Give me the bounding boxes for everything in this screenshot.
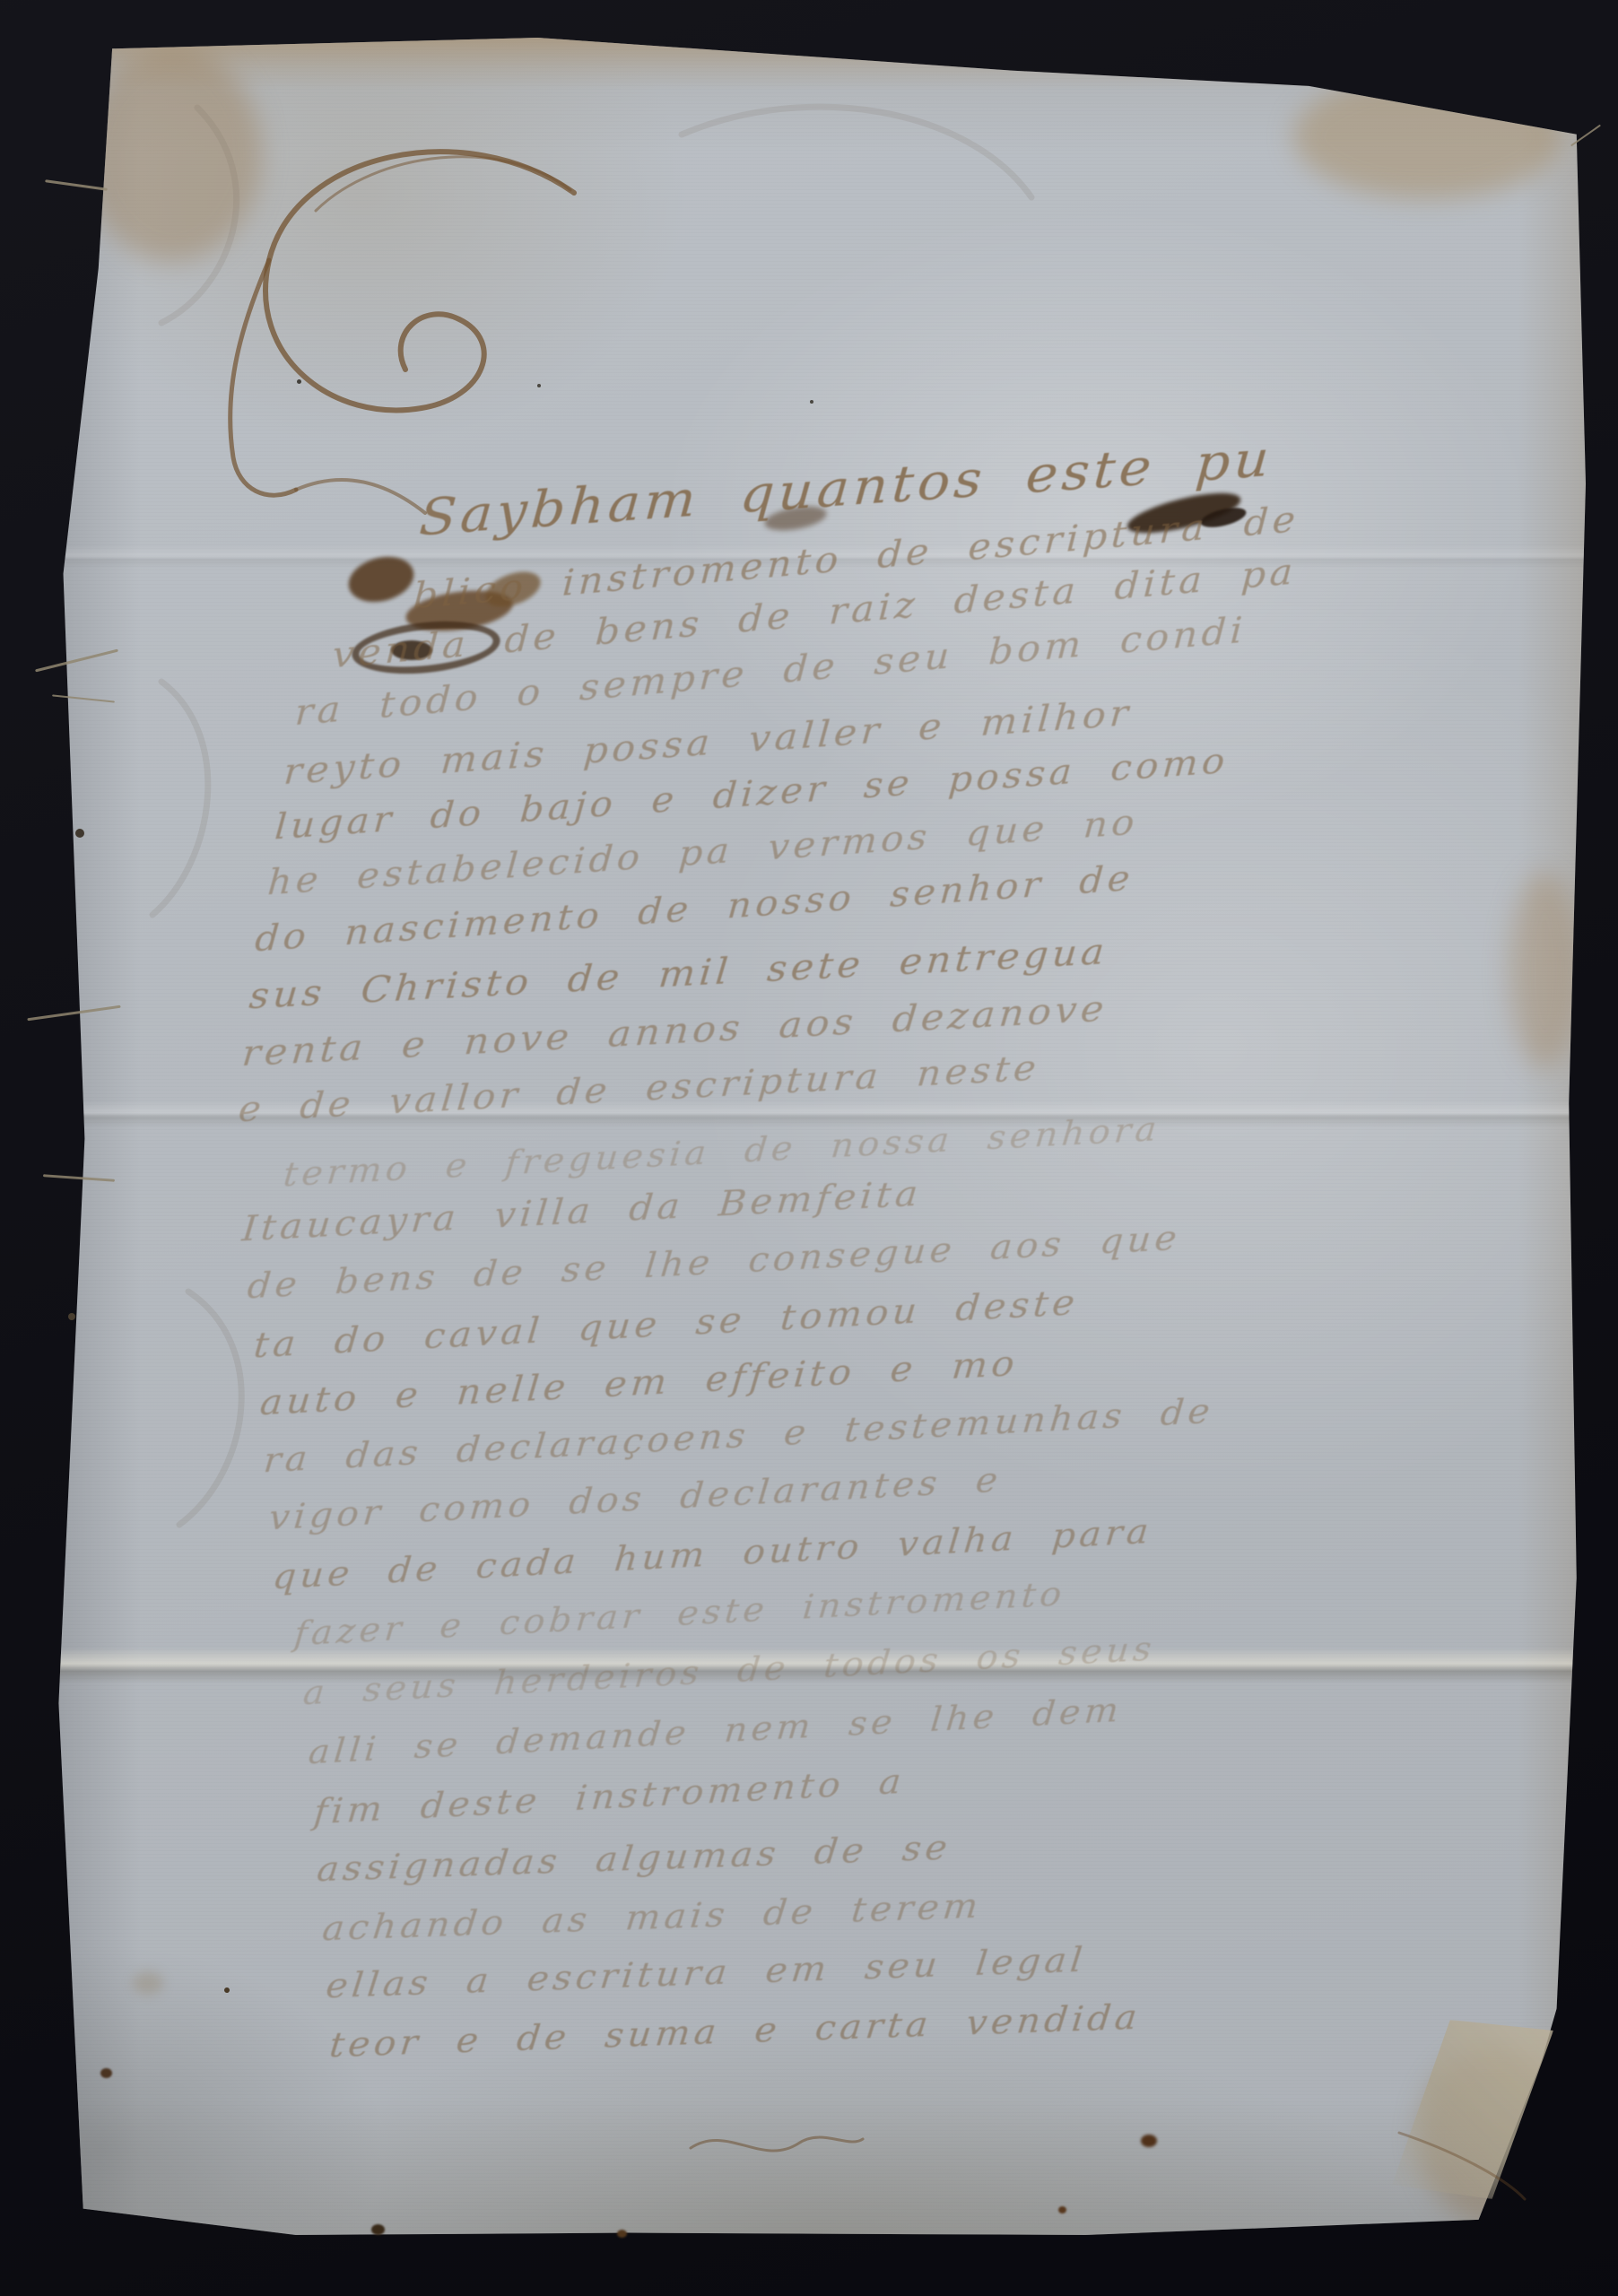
top-right-corner-stain: [1293, 74, 1562, 199]
ink-speck: [537, 384, 541, 387]
top-edge-stain: [101, 38, 1586, 90]
stain-spot: [100, 2068, 112, 2078]
stain-spot: [1058, 2206, 1066, 2213]
photo-stage: Saybham quantos este publico instromento…: [0, 0, 1618, 2296]
ink-speck: [297, 379, 301, 384]
binding-thread: [45, 179, 108, 191]
fox-spot: [224, 1987, 230, 1993]
stain-spot: [371, 2224, 385, 2235]
top-left-corner-stain: [83, 47, 262, 262]
fox-spot: [75, 829, 84, 838]
ink-speck: [810, 400, 813, 404]
right-mid-fox-stain: [1509, 872, 1580, 1069]
stain-spot: [1141, 2135, 1157, 2147]
fox-spot: [68, 1313, 75, 1320]
fox-stain: [133, 1971, 163, 1995]
stain-spot: [617, 2230, 627, 2238]
